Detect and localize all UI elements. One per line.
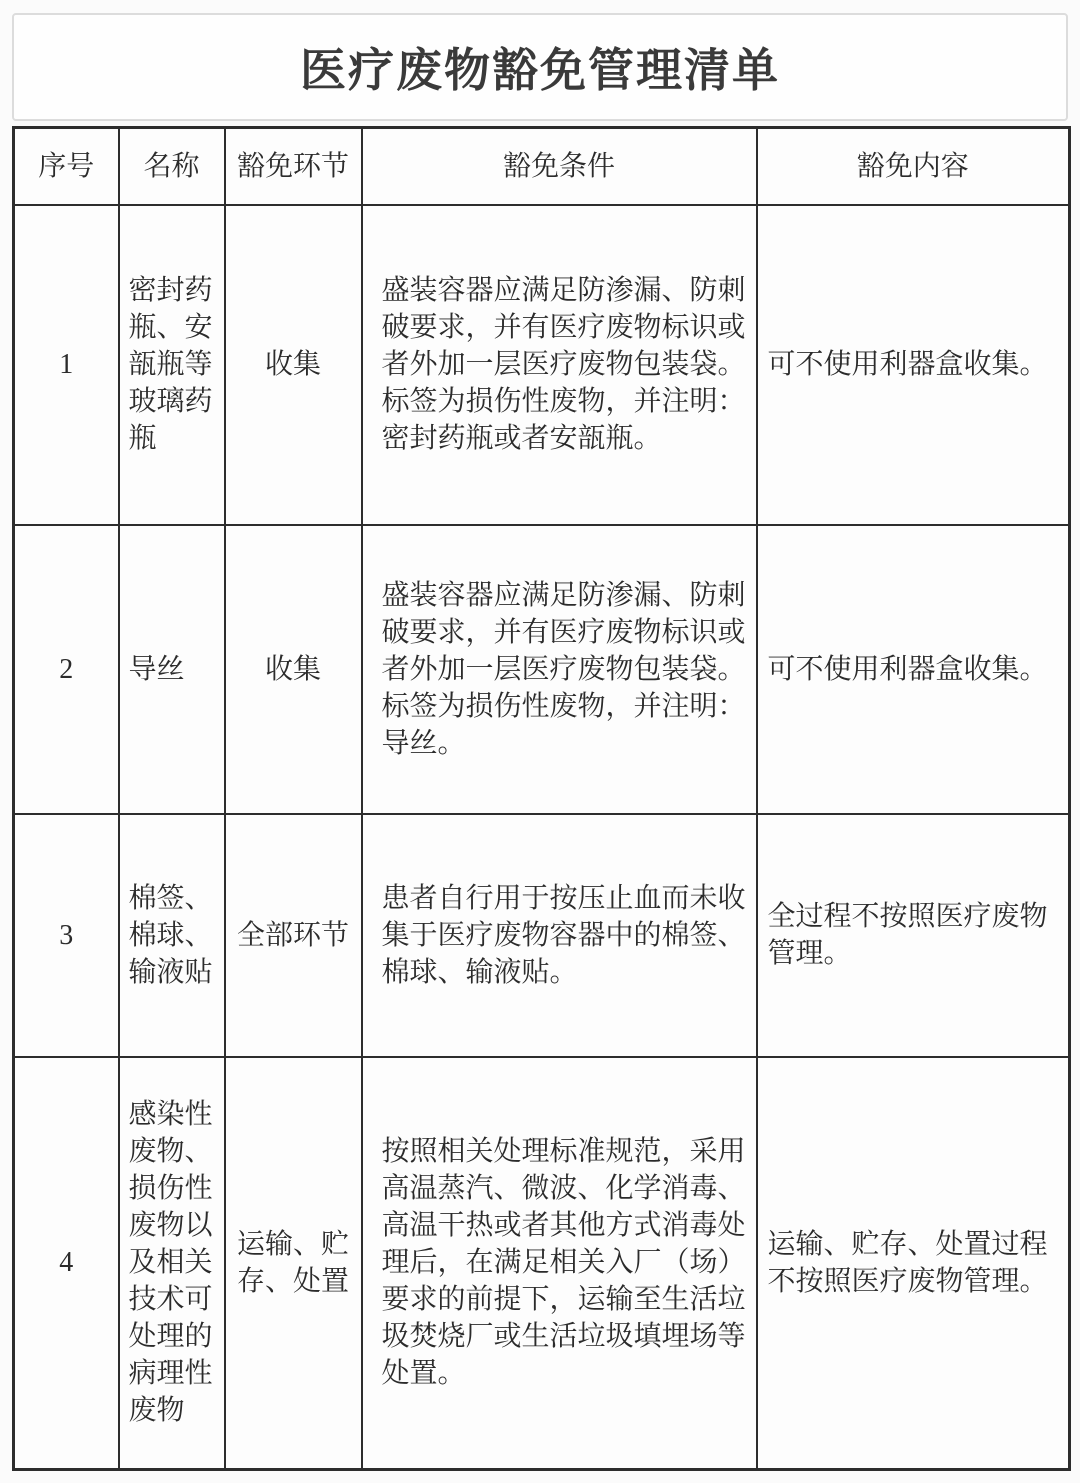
row4-exempt-stage: 运输、贮存、处置 xyxy=(225,1057,362,1470)
table-row: 1 密封药瓶、安瓿瓶等玻璃药瓶 收集 盛装容器应满足防渗漏、防刺破要求，并有医疗… xyxy=(14,205,1070,525)
exemption-table: 序号 名称 豁免环节 豁免条件 豁免内容 1 密封药瓶、安瓿瓶等玻璃药瓶 收集 … xyxy=(12,126,1071,1471)
row2-exempt-condition: 盛装容器应满足防渗漏、防刺破要求，并有医疗废物标识或者外加一层医疗废物包装袋。标… xyxy=(362,525,757,814)
header-serial-number: 序号 xyxy=(14,128,119,205)
row3-serial-number: 3 xyxy=(14,814,119,1057)
row1-exempt-content: 可不使用利器盒收集。 xyxy=(757,205,1070,525)
row1-exempt-condition: 盛装容器应满足防渗漏、防刺破要求，并有医疗废物标识或者外加一层医疗废物包装袋。标… xyxy=(362,205,757,525)
row4-name: 感染性废物、损伤性废物以及相关技术可处理的病理性废物 xyxy=(119,1057,225,1470)
row4-serial-number: 4 xyxy=(14,1057,119,1470)
row2-exempt-content: 可不使用利器盒收集。 xyxy=(757,525,1070,814)
row3-name: 棉签、棉球、输液贴 xyxy=(119,814,225,1057)
header-exempt-stage: 豁免环节 xyxy=(225,128,362,205)
row1-name: 密封药瓶、安瓿瓶等玻璃药瓶 xyxy=(119,205,225,525)
table-header-row: 序号 名称 豁免环节 豁免条件 豁免内容 xyxy=(14,128,1070,205)
title-box: 医疗废物豁免管理清单 xyxy=(12,13,1068,121)
row4-exempt-condition: 按照相关处理标准规范，采用高温蒸汽、微波、化学消毒、高温干热或者其他方式消毒处理… xyxy=(362,1057,757,1470)
page-title: 医疗废物豁免管理清单 xyxy=(300,34,780,100)
row3-exempt-stage: 全部环节 xyxy=(225,814,362,1057)
header-exempt-content: 豁免内容 xyxy=(757,128,1070,205)
row1-serial-number: 1 xyxy=(14,205,119,525)
row1-exempt-stage: 收集 xyxy=(225,205,362,525)
table-row: 2 导丝 收集 盛装容器应满足防渗漏、防刺破要求，并有医疗废物标识或者外加一层医… xyxy=(14,525,1070,814)
row2-exempt-stage: 收集 xyxy=(225,525,362,814)
table-row: 3 棉签、棉球、输液贴 全部环节 患者自行用于按压止血而未收集于医疗废物容器中的… xyxy=(14,814,1070,1057)
row2-name: 导丝 xyxy=(119,525,225,814)
table-row: 4 感染性废物、损伤性废物以及相关技术可处理的病理性废物 运输、贮存、处置 按照… xyxy=(14,1057,1070,1470)
row3-exempt-content: 全过程不按照医疗废物管理。 xyxy=(757,814,1070,1057)
row4-exempt-content: 运输、贮存、处置过程不按照医疗废物管理。 xyxy=(757,1057,1070,1470)
row2-serial-number: 2 xyxy=(14,525,119,814)
header-exempt-condition: 豁免条件 xyxy=(362,128,757,205)
document-page: 医疗废物豁免管理清单 序号 名称 豁免环节 豁免条件 豁免内容 1 密封药瓶、安… xyxy=(0,0,1080,1483)
row3-exempt-condition: 患者自行用于按压止血而未收集于医疗废物容器中的棉签、棉球、输液贴。 xyxy=(362,814,757,1057)
header-name: 名称 xyxy=(119,128,225,205)
